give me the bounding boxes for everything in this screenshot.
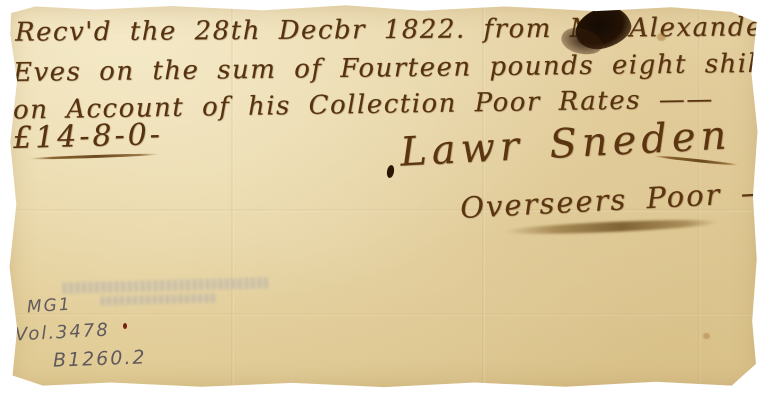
amount-line: £14-8-0- bbox=[13, 117, 164, 156]
receipt-line-1: Recv'd the 28th Decbr 1822. from Mr Alex… bbox=[15, 12, 769, 47]
pencil-mark-volume: Vol.3478 bbox=[15, 320, 111, 346]
scan-background: Recv'd the 28th Decbr 1822. from Mr Alex… bbox=[0, 0, 769, 396]
receipt-line-2: Eves on the sum of Fourteen pounds eight… bbox=[13, 48, 769, 88]
signature: Lawr Sneden bbox=[399, 112, 732, 175]
signature-title: Overseers Poor —— bbox=[459, 173, 769, 225]
fold-crease-horizontal-2 bbox=[5, 313, 762, 316]
stain-spot-2 bbox=[703, 333, 710, 339]
receipt-paper: Recv'd the 28th Decbr 1822. from Mr Alex… bbox=[5, 3, 762, 391]
faded-archive-stamp-line-1 bbox=[63, 277, 268, 293]
pencil-mark-collection: MG1 bbox=[26, 294, 72, 317]
pencil-mark-item: B1260.2 bbox=[53, 346, 147, 371]
small-ink-mark bbox=[386, 164, 395, 178]
red-speck bbox=[123, 323, 127, 329]
stain-spot-1 bbox=[657, 33, 666, 41]
faded-archive-stamp-line-2 bbox=[101, 293, 216, 305]
